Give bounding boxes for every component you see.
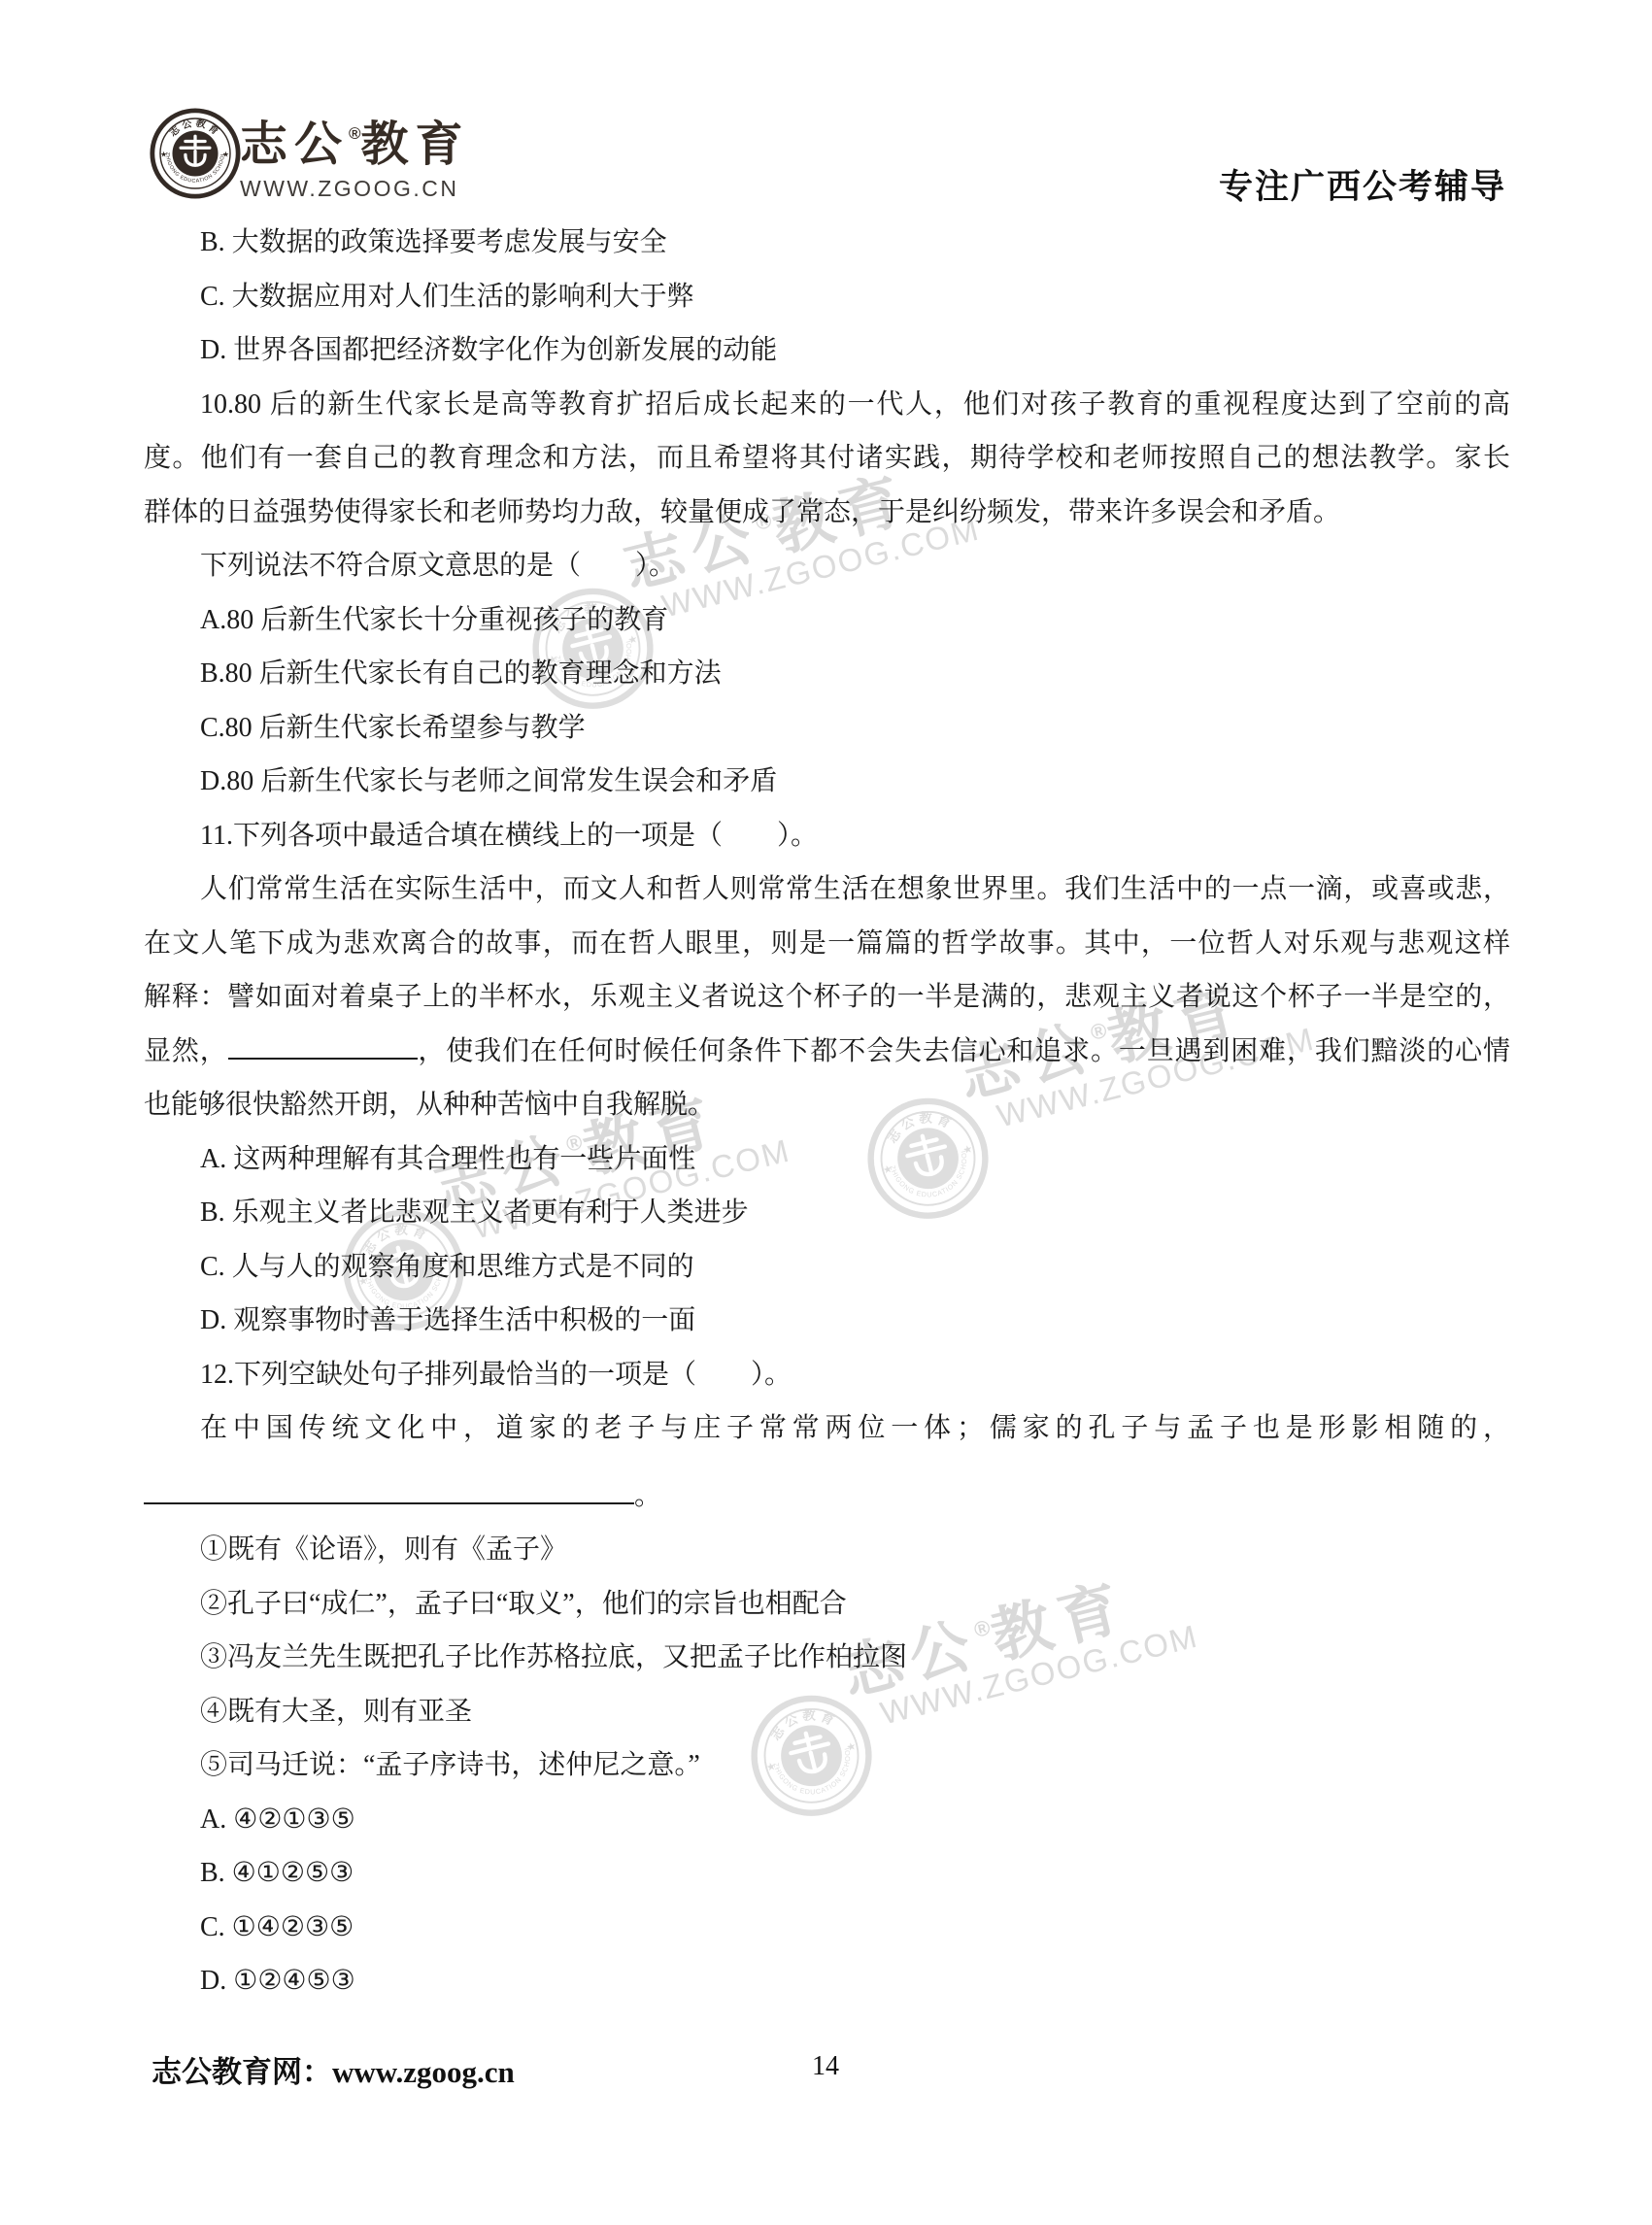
- q12-option-d: D. ①②④⑤③: [144, 1954, 1510, 2008]
- q10-option-c: C.80 后新生代家长希望参与教学: [144, 701, 1510, 756]
- footer-site-label: 志公教育网：: [152, 2055, 332, 2089]
- q12-sentence-3: ③冯友兰先生既把孔子比作苏格拉底，又把孟子比作柏拉图: [144, 1631, 1510, 1685]
- brand-name: 志公®教育: [240, 109, 470, 170]
- q12-blank-end: 。: [634, 1481, 661, 1511]
- q12-passage-line-1: 在中国传统文化中，道家的老子与庄子常常两位一体；儒家的孔子与孟子也是形影相随的，: [144, 1401, 1510, 1456]
- q12-option-b: B. ④①②⑤③: [144, 1846, 1510, 1901]
- q11-option-c: C. 人与人的观察角度和思维方式是不同的: [144, 1240, 1510, 1295]
- q12-option-a: A. ④②①③⑤: [144, 1793, 1510, 1847]
- q12-option-c: C. ①④②③⑤: [144, 1901, 1510, 1955]
- q11-passage-line-2: 在文人笔下成为悲欢离合的故事，而在哲人眼里，则是一篇篇的哲学故事。其中，一位哲人…: [144, 917, 1510, 971]
- q10-passage-line-3: 群体的日益强势使得家长和老师势均力敌，较量便成了常态，于是纠纷频发，带来许多误会…: [144, 486, 1510, 540]
- q12-blank-line: 。: [144, 1469, 1510, 1524]
- q12-question-stem: 12.下列空缺处句子排列最恰当的一项是（ ）。: [144, 1348, 1510, 1402]
- document-page: 志公教育 ZHIGONG EDUCATION SCHOOL ★ ★: [0, 0, 1652, 2225]
- q10-question-stem: 下列说法不符合原文意思的是（ ）。: [144, 539, 1510, 593]
- q11-question-stem: 11.下列各项中最适合填在横线上的一项是（ ）。: [144, 809, 1510, 863]
- q11-option-b: B. 乐观主义者比悲观主义者更有利于人类进步: [144, 1186, 1510, 1240]
- q12-fill-in-blank: [144, 1502, 634, 1504]
- q10-option-a: A.80 后新生代家长十分重视孩子的教育: [144, 593, 1510, 648]
- q11-passage-line-5: 也能够很快豁然开朗，从种种苦恼中自我解脱。: [144, 1078, 1510, 1132]
- q11-blank-pre: 显然，: [144, 1036, 228, 1066]
- q12-sentence-5: ⑤司马迁说：“孟子序诗书，述仲尼之意。”: [144, 1738, 1510, 1793]
- q12-sentence-2: ②孔子曰“成仁”，孟子曰“取义”，他们的宗旨也相配合: [144, 1577, 1510, 1632]
- registered-mark-icon: ®: [349, 124, 361, 143]
- header-tagline: 专注广西公考辅导: [1219, 160, 1506, 209]
- brand-seal-icon: [149, 107, 242, 200]
- q10-option-b: B.80 后新生代家长有自己的教育理念和方法: [144, 647, 1510, 701]
- brand-name-right: 教育: [361, 118, 470, 171]
- q12-sentence-1: ①既有《论语》，则有《孟子》: [144, 1523, 1510, 1577]
- q12-sentence-4: ④既有大圣，则有亚圣: [144, 1685, 1510, 1739]
- option-line-b: B. 大数据的政策选择要考虑发展与安全: [144, 216, 1510, 270]
- footer-site-url: www.zgoog.cn: [332, 2055, 515, 2089]
- q11-option-d: D. 观察事物时善于选择生活中积极的一面: [144, 1294, 1510, 1348]
- footer-site-link: 志公教育网：www.zgoog.cn: [152, 2047, 515, 2091]
- option-line-c: C. 大数据应用对人们生活的影响利大于弊: [144, 270, 1510, 324]
- q11-blank-post: ，使我们在任何时候任何条件下都不会失去信心和追求。一旦遇到困难，我们黯淡的心情: [418, 1036, 1510, 1066]
- brand-logo: 志公®教育 WWW.ZGOOG.CN: [240, 109, 470, 202]
- q11-passage-line-3: 解释：譬如面对着桌子上的半杯水，乐观主义者说这个杯子的一半是满的，悲观主义者说这…: [144, 970, 1510, 1025]
- exam-content: B. 大数据的政策选择要考虑发展与安全 C. 大数据应用对人们生活的影响利大于弊…: [144, 216, 1510, 2008]
- q10-passage-line-2: 度。他们有一套自己的教育理念和方法，而且希望将其付诸实践，期待学校和老师按照自己…: [144, 431, 1510, 486]
- q11-passage-line-4: 显然，，使我们在任何时候任何条件下都不会失去信心和追求。一旦遇到困难，我们黯淡的…: [144, 1025, 1510, 1079]
- brand-name-left: 志公: [240, 118, 349, 171]
- page-number: 14: [777, 2051, 874, 2082]
- q10-passage-line-1: 10.80 后的新生代家长是高等教育扩招后成长起来的一代人，他们对孩子教育的重视…: [144, 378, 1510, 432]
- q11-passage-line-1: 人们常常生活在实际生活中，而文人和哲人则常常生活在想象世界里。我们生活中的一点一…: [144, 862, 1510, 917]
- q10-option-d: D.80 后新生代家长与老师之间常发生误会和矛盾: [144, 755, 1510, 809]
- brand-domain: WWW.ZGOOG.CN: [240, 176, 470, 202]
- q11-fill-in-blank: [228, 1058, 418, 1060]
- q11-option-a: A. 这两种理解有其合理性也有一些片面性: [144, 1132, 1510, 1187]
- option-line-d: D. 世界各国都把经济数字化作为创新发展的动能: [144, 323, 1510, 378]
